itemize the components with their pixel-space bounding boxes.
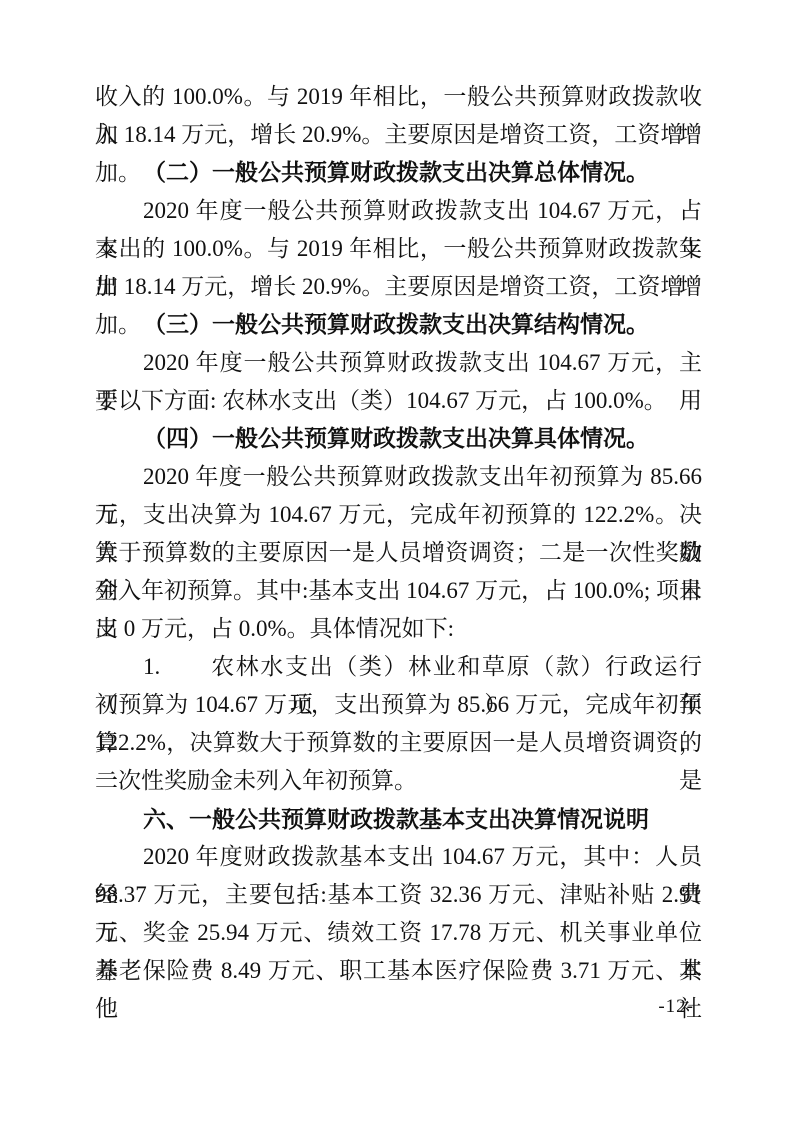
body-line: 2020 年度一般公共预算财政拨款支出 104.67 万元，占本年 xyxy=(95,192,702,230)
body-line: 列入年初预算。其中:基本支出 104.67 万元，占 100.0%; 项目支 xyxy=(95,572,702,610)
section-heading-iii: （三）一般公共预算财政拨款支出决算结构情况。 xyxy=(95,306,702,344)
body-line: 98.37 万元，主要包括:基本工资 32.36 万元、津贴补贴 2.91 万 xyxy=(95,876,702,914)
body-line: 大于预算数的主要原因一是人员增资调资；二是一次性奖励金未 xyxy=(95,534,702,572)
document-page: 收入的 100.0%。与 2019 年相比，一般公共预算财政拨款收入增 加 18… xyxy=(0,0,793,1122)
body-line: 支出的 100.0%。与 2019 年相比，一般公共预算财政拨款支出增 xyxy=(95,230,702,268)
body-line: 2020 年度财政拨款基本支出 104.67 万元，其中：人员经费 xyxy=(95,838,702,876)
section-heading-iv: （四）一般公共预算财政拨款支出决算具体情况。 xyxy=(95,420,702,458)
body-line: 122.2%，决算数大于预算数的主要原因一是人员增资调资，二是 xyxy=(95,724,702,762)
body-line: 加 18.14 万元，增长 20.9%。主要原因是增资工资，工资增加。 xyxy=(95,268,702,306)
body-line: 元，支出决算为 104.67 万元，完成年初预算的 122.2%。决算数 xyxy=(95,496,702,534)
section-heading-ii: （二）一般公共预算财政拨款支出决算总体情况。 xyxy=(95,154,702,192)
body-line: 于以下方面: 农林水支出（类）104.67 万元，占 100.0%。 xyxy=(95,382,702,420)
section-heading-vi: 六、一般公共预算财政拨款基本支出决算情况说明 xyxy=(95,800,702,838)
document-body: 收入的 100.0%。与 2019 年相比，一般公共预算财政拨款收入增 加 18… xyxy=(95,78,702,990)
body-line: 出 0 万元，占 0.0%。具体情况如下: xyxy=(95,610,702,648)
body-line: 初预算为 104.67 万元，支出预算为 85.66 万元，完成年初预算的 xyxy=(95,686,702,724)
body-line: 元、奖金 25.94 万元、绩效工资 17.78 万元、机关事业单位基本 xyxy=(95,914,702,952)
body-line: 养老保险费 8.49 万元、职工基本医疗保险费 3.71 万元、其他社 xyxy=(95,952,702,990)
body-line: 2020 年度一般公共预算财政拨款支出年初预算为 85.66 万 xyxy=(95,458,702,496)
page-number: -12- xyxy=(658,994,694,1020)
body-line: 收入的 100.0%。与 2019 年相比，一般公共预算财政拨款收入增 xyxy=(95,78,702,116)
body-line: 2020 年度一般公共预算财政拨款支出 104.67 万元，主要用 xyxy=(95,344,702,382)
body-line: 加 18.14 万元，增长 20.9%。主要原因是增资工资，工资增加。 xyxy=(95,116,702,154)
numbered-item-line: 1. 农林水支出（类）林业和草原（款）行政运行（项）年 xyxy=(95,648,702,686)
